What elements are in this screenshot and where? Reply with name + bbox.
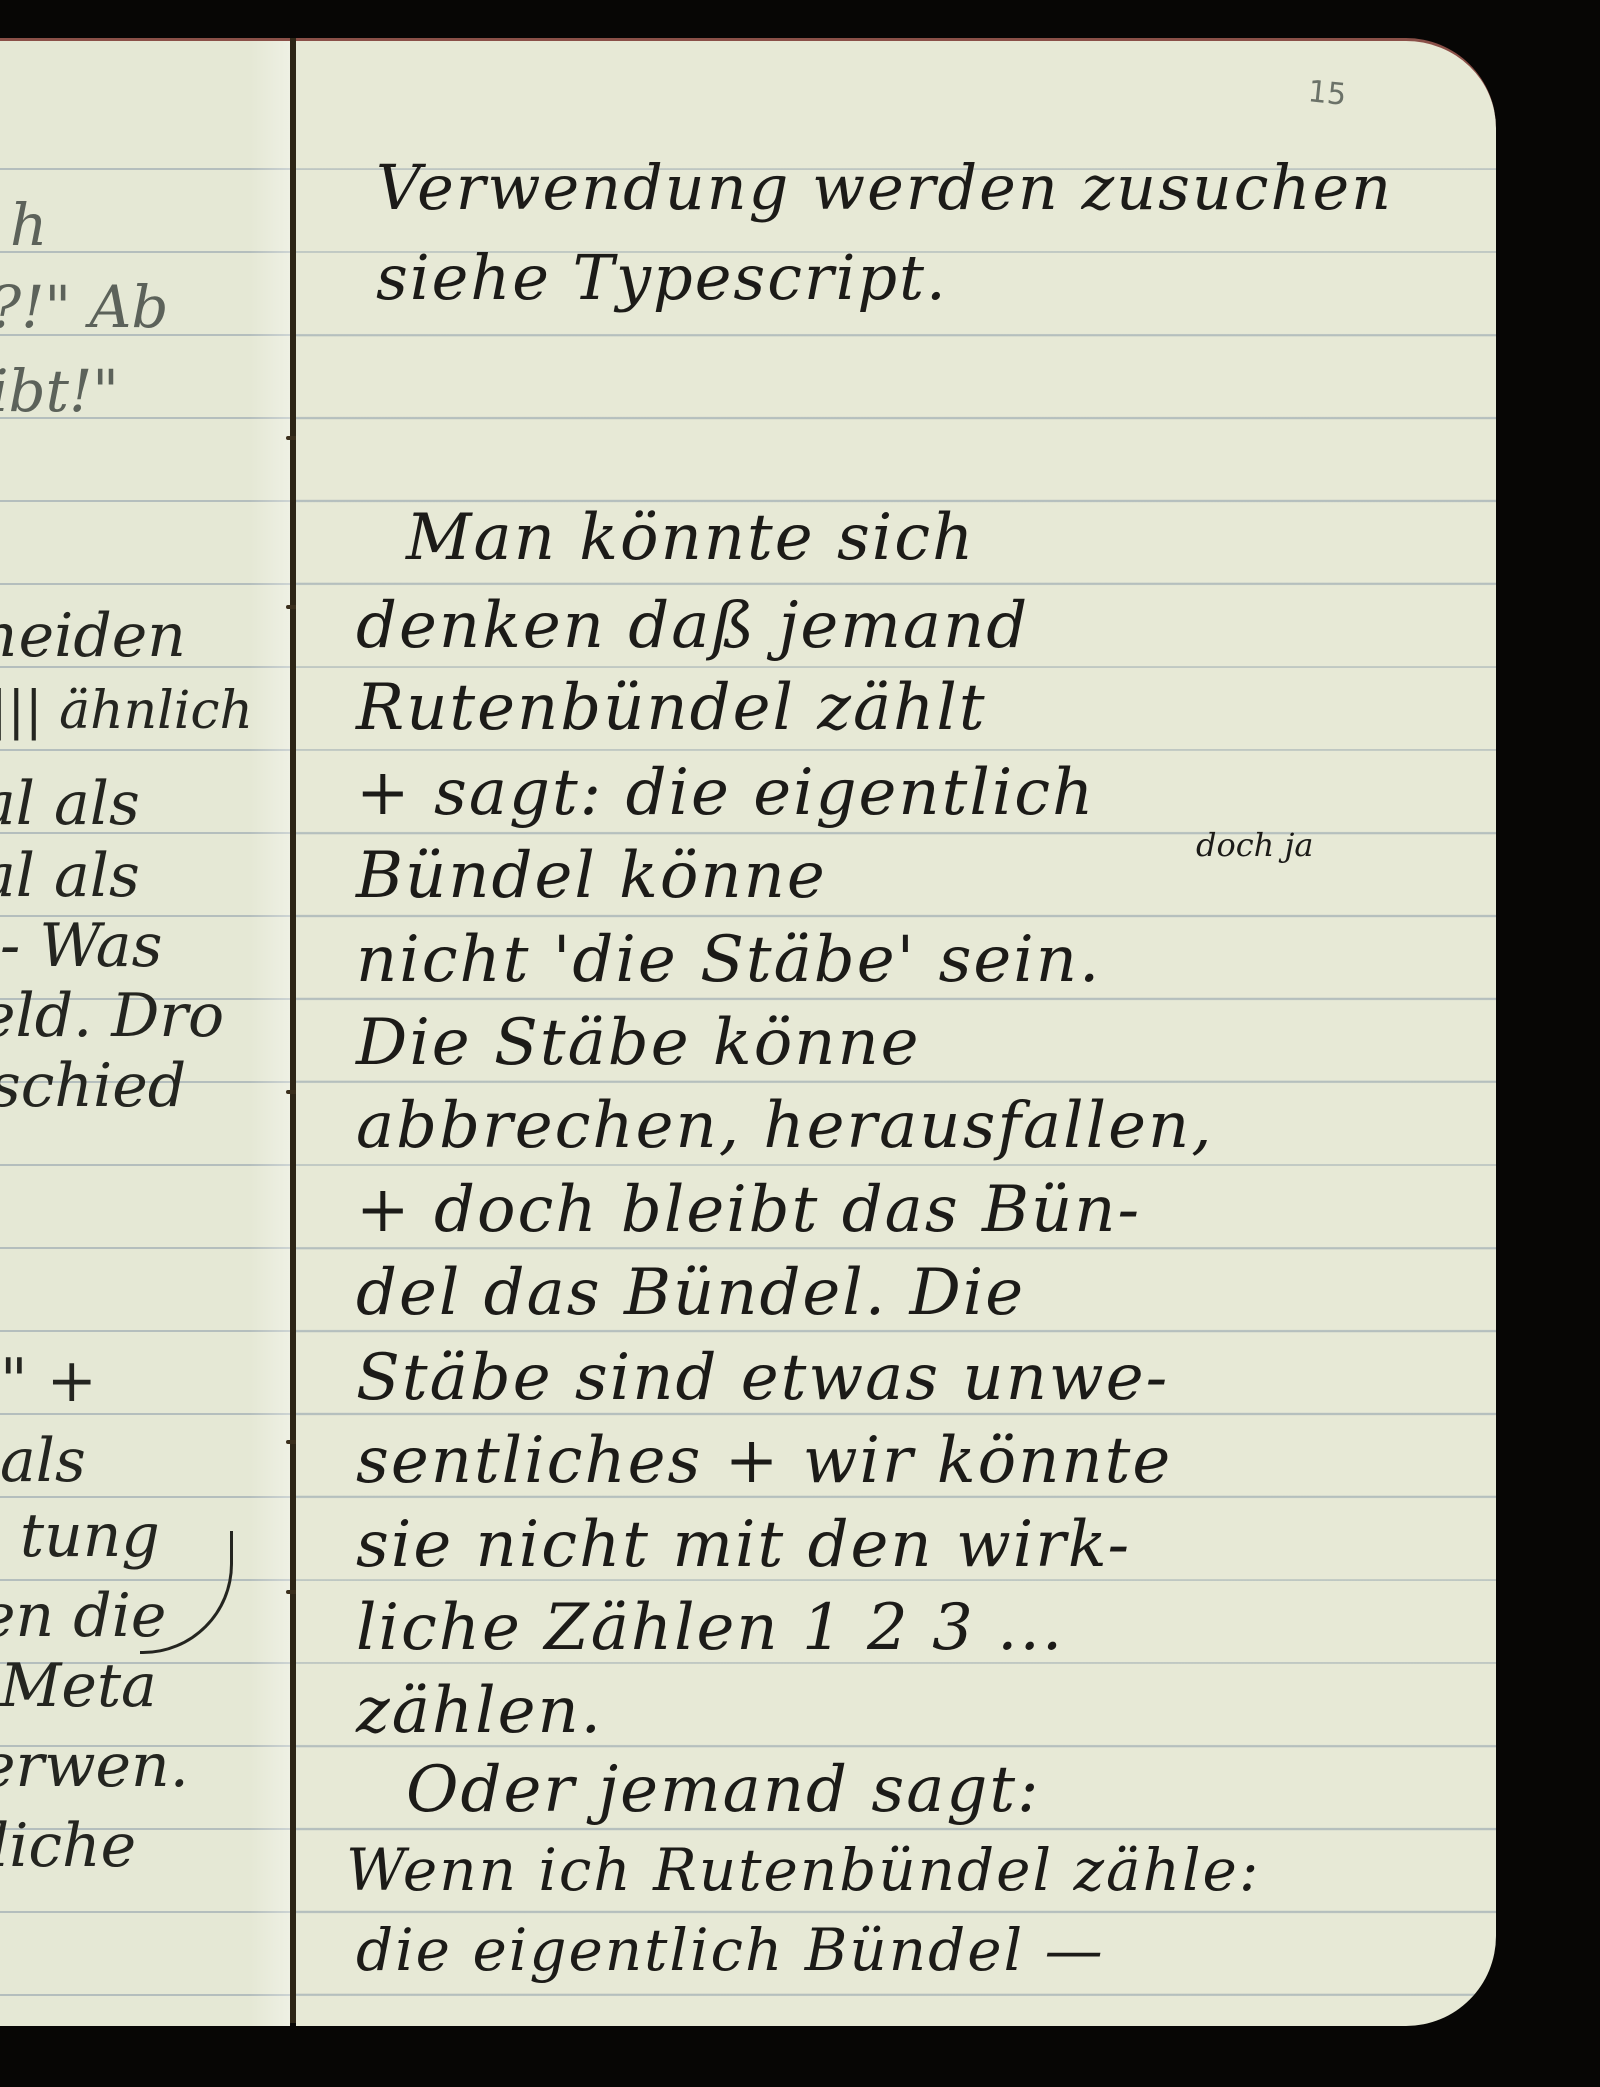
left-line-6: ||| ähnlich: [0, 681, 253, 741]
text-line-5: denken daß jemand: [356, 589, 1029, 663]
text-line-11: abbrechen, herausfallen,: [356, 1089, 1214, 1163]
page-number: 15: [1306, 74, 1348, 113]
text-line-4: Man könnte sich: [406, 501, 975, 575]
text-line-2: siehe Typescript.: [376, 241, 948, 314]
left-line-7: al als: [0, 769, 140, 839]
left-page: h ?!" Ab ibt!" heiden ||| ähnlich al als…: [0, 38, 290, 2026]
insertion-note: doch ja: [1196, 826, 1313, 864]
text-line-20: Wenn ich Rutenbündel zähle:: [346, 1836, 1260, 1904]
left-line-9: - Was: [0, 911, 162, 981]
text-line-13: del das Bündel. Die: [356, 1256, 1025, 1330]
text-line-10: Die Stäbe könne: [356, 1006, 921, 1080]
left-line-15: tung: [20, 1501, 160, 1571]
text-line-7: + sagt: die eigentlich: [356, 756, 1095, 830]
margin-bracket: [140, 1531, 233, 1654]
left-line-5: heiden: [0, 601, 186, 671]
text-line-6: Rutenbündel zählt: [356, 671, 987, 745]
left-line-10: eld. Dro: [0, 981, 224, 1051]
left-line-3: ibt!": [0, 357, 119, 425]
left-line-18: erwen.: [0, 1731, 189, 1801]
text-line-16: sie nicht mit den wirk-: [356, 1508, 1131, 1582]
left-line-8: al als: [0, 841, 140, 911]
notebook-spread: h ?!" Ab ibt!" heiden ||| ähnlich al als…: [0, 0, 1600, 2087]
text-line-12: + doch bleibt das Bün-: [356, 1173, 1141, 1247]
text-line-9: nicht 'die Stäbe' sein.: [356, 923, 1101, 997]
left-line-19: liche: [0, 1811, 136, 1881]
text-line-14: Stäbe sind etwas unwe-: [356, 1341, 1169, 1415]
left-line-11: schied: [0, 1051, 186, 1121]
left-line-2: ?!" Ab: [0, 273, 169, 341]
text-line-17: liche Zählen 1 2 3 ...: [356, 1591, 1064, 1665]
text-line-18: zählen.: [356, 1674, 603, 1748]
right-page: 15 Verwendung werden zusuchen siehe Type…: [296, 38, 1496, 2026]
left-line-17: Meta: [0, 1651, 157, 1721]
text-line-15: sentliches + wir könnte: [356, 1424, 1172, 1498]
text-line-8: Bündel könne: [356, 839, 827, 913]
left-line-14: als: [0, 1426, 86, 1496]
text-line-19: Oder jemand sagt:: [406, 1753, 1041, 1827]
left-line-1: h: [10, 191, 47, 259]
text-line-21: die eigentlich Bündel —: [356, 1916, 1105, 1984]
text-line-1: Verwendung werden zusuchen: [376, 151, 1393, 224]
left-line-13: " +: [0, 1346, 97, 1416]
